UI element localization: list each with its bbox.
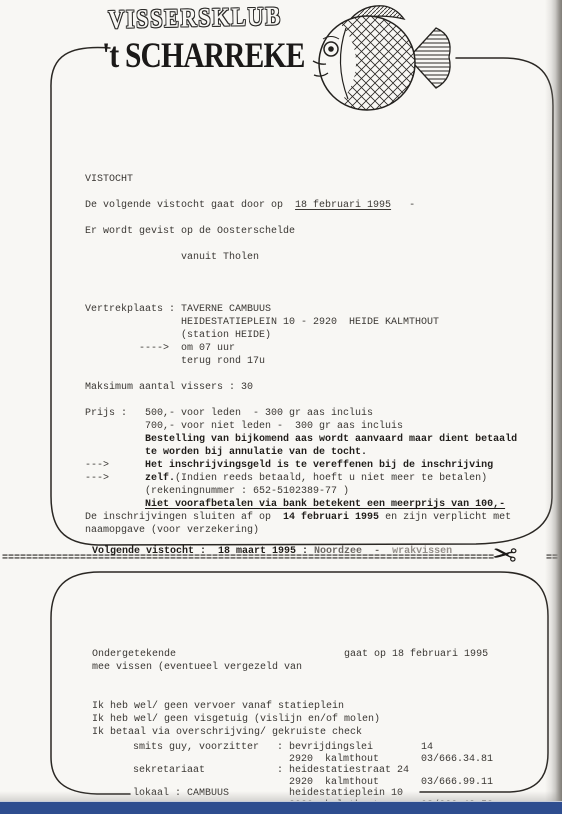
notice-body: VISTOCHT De volgende vistocht gaat door … [85,173,517,537]
bottom-bar [0,801,562,814]
scanned-flyer-page: VISSERSKLUB 't SCHARREKE [0,0,562,814]
club-name: VISSERSKLUB [108,1,282,35]
registration-form-body: Ondergetekende gaat op 18 februari 1995m… [92,648,488,739]
cut-line-left: ========================================… [2,552,494,565]
club-subtitle: 't SCHARREKE [102,34,305,76]
scissors-icon: ✂ [491,540,519,572]
fish-icon [312,2,462,120]
cut-line-right: == [546,552,558,565]
